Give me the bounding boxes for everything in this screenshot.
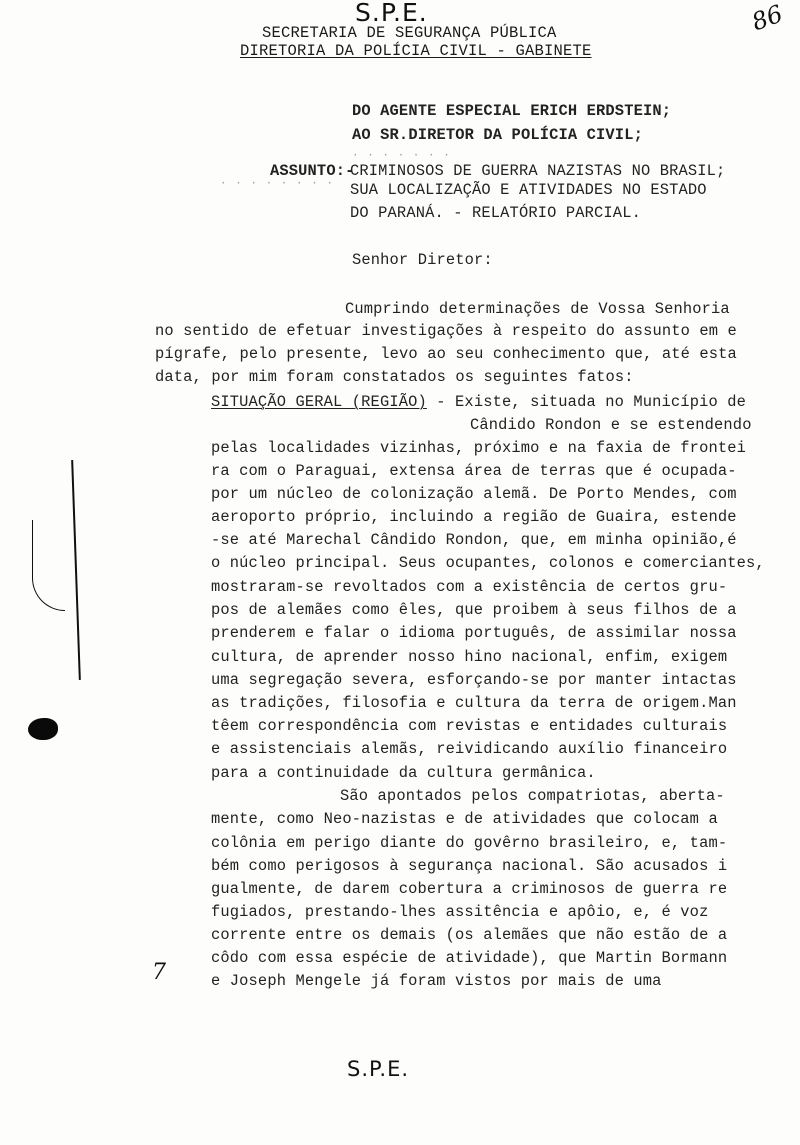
section-line: ra com o Paraguai, extensa área de terra…	[211, 462, 737, 480]
subject-line-1: CRIMINOSOS DE GUERRA NAZISTAS NO BRASIL;	[350, 162, 725, 180]
section-line: uma segregação severa, esforçando-se por…	[211, 671, 737, 689]
bleed-through-text: · · · · · · ·	[352, 150, 451, 162]
paragraph-2-line: colônia em perigo diante do govêrno bras…	[211, 834, 727, 852]
salutation: Senhor Diretor:	[352, 251, 493, 269]
paragraph-2-line: gualmente, de darem cobertura a criminos…	[211, 880, 727, 898]
subject-line-3: DO PARANÁ. - RELATÓRIO PARCIAL.	[350, 204, 641, 222]
section-line: -se até Marechal Cândido Rondon, que, em…	[211, 531, 737, 549]
intro-line: no sentido de efetuar investigações à re…	[155, 322, 737, 340]
intro-line: data, por mim foram constatados os segui…	[155, 368, 634, 386]
section-line: por um núcleo de colonização alemã. De P…	[211, 485, 737, 503]
section-line: prenderem e falar o idioma português, de…	[211, 624, 737, 642]
section-line: aeroporto próprio, incluindo a região de…	[211, 508, 737, 526]
intro-line: pígrafe, pelo presente, levo ao seu conh…	[155, 345, 737, 363]
section-first-line: SITUAÇÃO GERAL (REGIÃO) - Existe, situad…	[211, 393, 746, 411]
section-line: mostraram-se revoltados com a existência…	[211, 578, 727, 596]
bleed-through-text: · · · · · · · ·	[220, 178, 334, 190]
section-line: e assistenciais alemãs, reividicando aux…	[211, 740, 727, 758]
page-number-handwritten: 86	[748, 0, 786, 36]
paragraph-2-line: mente, como Neo-nazistas e de atividades…	[211, 810, 718, 828]
agency-logo-top: S.P.E.	[355, 0, 428, 27]
paragraph-2-line: São apontados pelos compatriotas, aberta…	[340, 787, 725, 805]
section-line: Cândido Rondon e se estendendo	[470, 416, 752, 434]
section-line: cultura, de aprender nosso hino nacional…	[211, 648, 727, 666]
agency-logo-bottom: S.P.E.	[347, 1057, 409, 1081]
paragraph-2-line: fugiados, prestando-lhes assitência e ap…	[211, 903, 708, 921]
section-heading: SITUAÇÃO GERAL (REGIÃO)	[211, 393, 427, 411]
section-line: o núcleo principal. Seus ocupantes, colo…	[211, 554, 765, 572]
section-line: as tradições, filosofia e cultura da ter…	[211, 694, 737, 712]
section-line: para a continuidade da cultura germânica…	[211, 764, 596, 782]
margin-pen-stroke	[71, 460, 81, 680]
header-diretoria: DIRETORIA DA POLÍCIA CIVIL - GABINETE	[240, 42, 592, 60]
section-line: pos de alemães como êles, que proibem à …	[211, 601, 737, 619]
section-line: têem correspondência com revistas e enti…	[211, 717, 727, 735]
section-line: pelas localidades vizinhas, próximo e na…	[211, 439, 746, 457]
paragraph-2-line: côdo com essa espécie de atividade), que…	[211, 949, 727, 967]
header-secretaria: SECRETARIA DE SEGURANÇA PÚBLICA	[262, 24, 557, 42]
from-line: DO AGENTE ESPECIAL ERICH ERDSTEIN;	[352, 102, 671, 120]
paragraph-2-line: e Joseph Mengele já foram vistos por mai…	[211, 972, 662, 990]
to-line: AO SR.DIRETOR DA POLÍCIA CIVIL;	[352, 126, 643, 144]
paragraph-2-line: corrente entre os demais (os alemães que…	[211, 926, 727, 944]
paragraph-2-line: bém como perigosos à segurança nacional.…	[211, 857, 727, 875]
subject-line-2: SUA LOCALIZAÇÃO E ATIVIDADES NO ESTADO	[350, 181, 707, 199]
ink-blot	[28, 718, 58, 740]
section-first-text: - Existe, situada no Município de	[427, 393, 746, 411]
margin-pen-stroke	[32, 520, 65, 611]
margin-note: 7	[152, 960, 166, 985]
intro-line: Cumprindo determinações de Vossa Senhori…	[345, 300, 730, 318]
